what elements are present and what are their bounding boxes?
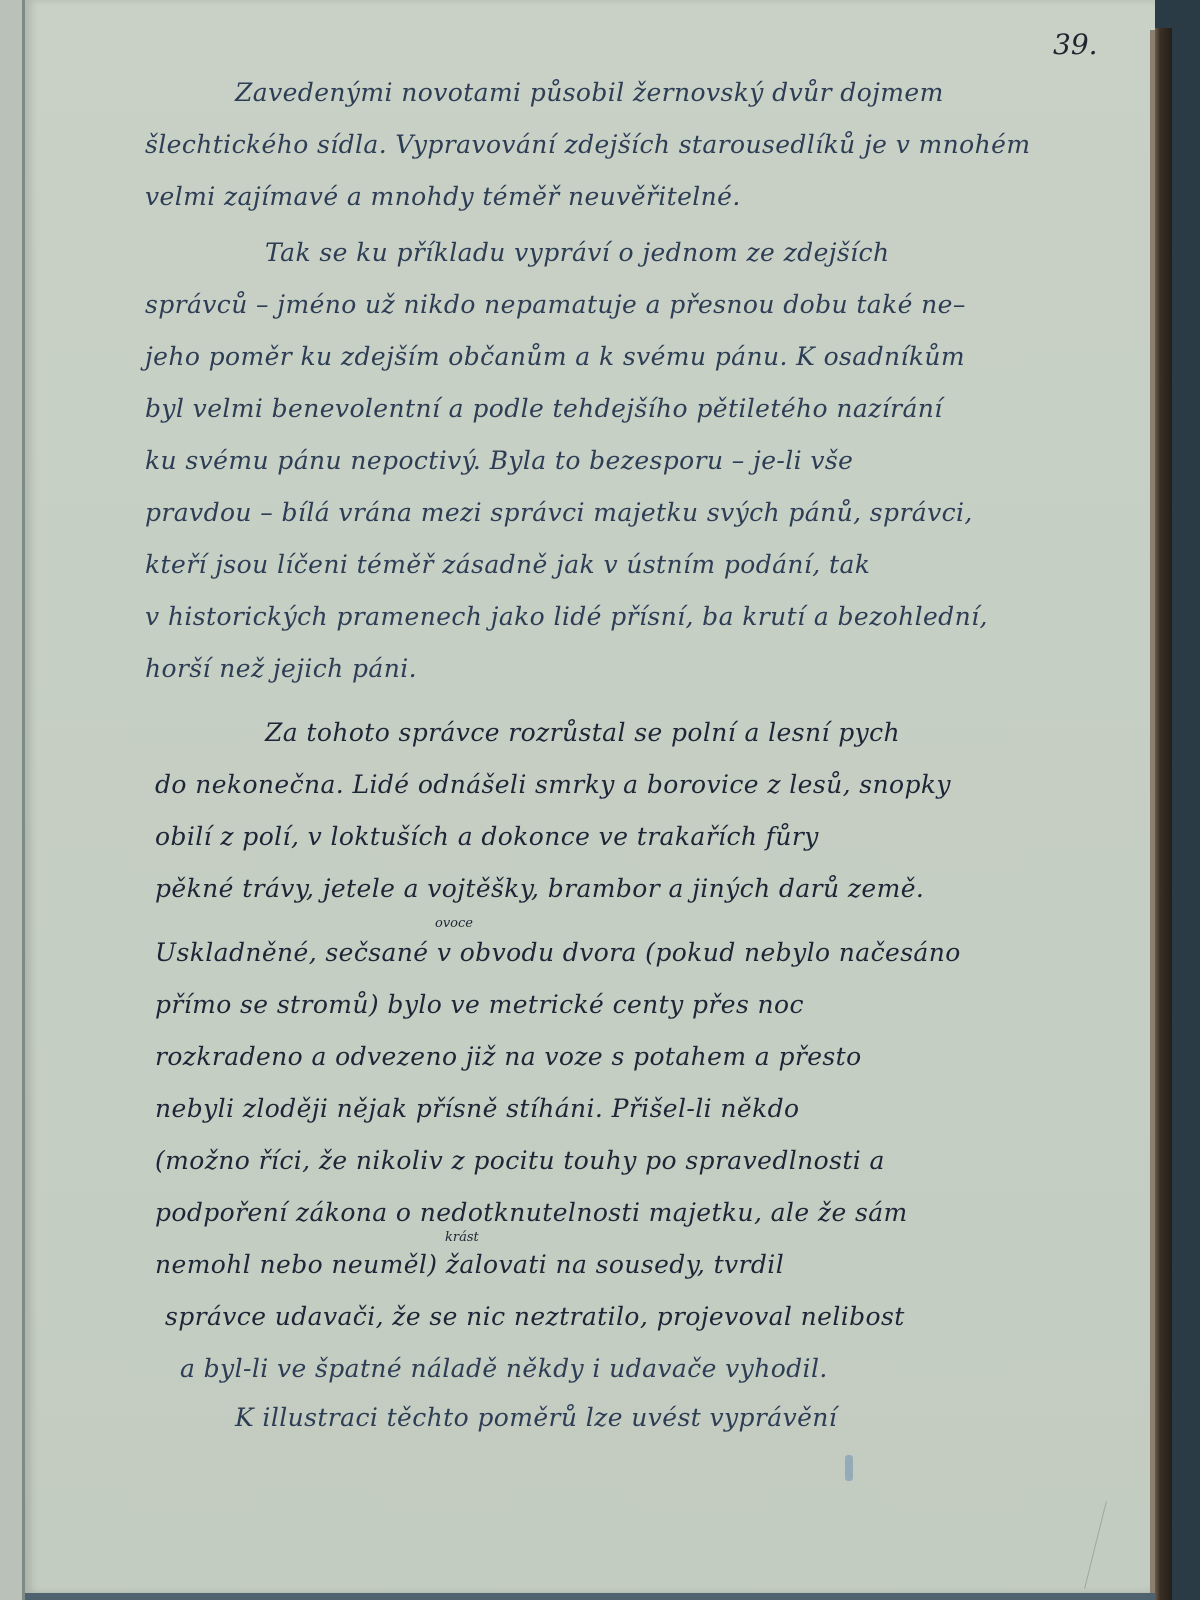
text-line: kteří jsou líčeni téměř zásadně jak v ús…	[145, 550, 870, 579]
text-line: podpoření zákona o nedotknutelnosti maje…	[155, 1198, 908, 1227]
text-line: ku svému pánu nepoctivý. Byla to bezespo…	[145, 446, 853, 475]
text-line: Tak se ku příkladu vypráví o jednom ze z…	[265, 238, 889, 267]
text-line: rozkradeno a odvezeno již na voze s pota…	[155, 1042, 862, 1071]
paper-crease	[1084, 1501, 1107, 1589]
ink-stain	[845, 1455, 853, 1481]
book-spine	[1155, 28, 1172, 1600]
text-line: pravdou – bílá vrána mezi správci majetk…	[145, 498, 973, 527]
text-line: přímo se stromů) bylo ve metrické centy …	[155, 990, 804, 1019]
text-line: Za tohoto správce rozrůstal se polní a l…	[265, 718, 900, 747]
page-number: 39.	[1053, 28, 1098, 61]
text-line: K illustraci těchto poměrů lze uvést vyp…	[235, 1403, 837, 1432]
text-line: velmi zajímavé a mnohdy téměř neuvěřitel…	[145, 182, 741, 211]
interlinear-insertion: ovoce	[435, 916, 473, 931]
background-strip	[25, 1593, 1155, 1600]
text-line: nebyli zloději nějak přísně stíháni. Při…	[155, 1094, 799, 1123]
text-line: jeho poměr ku zdejším občanům a k svému …	[145, 342, 965, 371]
text-line: správců – jméno už nikdo nepamatuje a př…	[145, 290, 966, 319]
text-line: pěkné trávy, jetele a vojtěšky, brambor …	[155, 874, 924, 903]
text-line: nemohl nebo neuměl) žalovati na sousedy,…	[155, 1250, 784, 1279]
text-line: Zavedenými novotami působil žernovský dv…	[235, 78, 944, 107]
text-line: správce udavači, že se nic neztratilo, p…	[165, 1302, 905, 1331]
text-line: obilí z polí, v loktuších a dokonce ve t…	[155, 822, 819, 851]
text-line: šlechtického sídla. Vypravování zdejších…	[145, 130, 1030, 159]
text-line: byl velmi benevolentní a podle tehdejšíh…	[145, 394, 943, 423]
text-line: do nekonečna. Lidé odnášeli smrky a boro…	[155, 770, 951, 799]
text-line: a byl-li ve špatné náladě někdy i udavač…	[180, 1354, 828, 1383]
interlinear-insertion: krást	[445, 1230, 479, 1245]
facing-page-edge	[0, 0, 25, 1600]
text-line: Uskladněné, sečsané v obvodu dvora (poku…	[155, 938, 961, 967]
text-line: horší než jejich páni.	[145, 654, 417, 683]
text-line: v historických pramenech jako lidé přísn…	[145, 602, 988, 631]
text-line: (možno říci, že nikoliv z pocitu touhy p…	[155, 1146, 885, 1175]
